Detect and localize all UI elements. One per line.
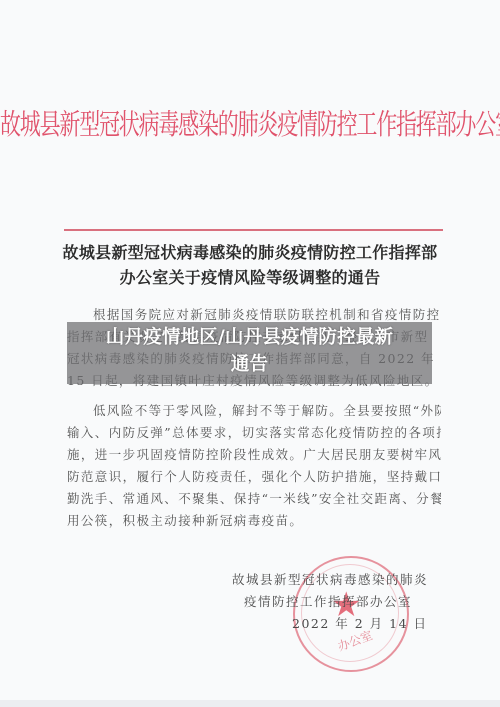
paragraph-line: 防范意识，履行个人防疫责任，强化个人防护措施，坚持戴口罩、 xyxy=(67,466,441,488)
signature-line-2: 疫情防控工作指挥部办公室 xyxy=(232,591,428,613)
article-title-overlay: 山丹疫情地区/山丹县疫情防控最新 通告 xyxy=(67,324,432,378)
overlay-title-line-2: 通告 xyxy=(67,351,432,378)
paragraph-line: 施，进一步巩固疫情防控阶段性成效。广大居民朋友要树牢风险 xyxy=(67,444,441,466)
paragraph-2: 低风险不等于零风险，解封不等于解防。全县要按照“外防 输入、内防反弹”总体要求，… xyxy=(67,400,441,532)
overlay-title-line-1: 山丹疫情地区/山丹县疫情防控最新 xyxy=(67,324,432,351)
issuer-red-header: 故城县新型冠状病毒感染的肺炎疫情防控工作指挥部办公室 xyxy=(0,103,500,144)
notice-title-line-1: 故城县新型冠状病毒感染的肺炎疫情防控工作指挥部 xyxy=(0,240,500,265)
red-divider-line xyxy=(64,229,443,231)
notice-title-line-2: 办公室关于疫情风险等级调整的通告 xyxy=(0,265,500,290)
notice-title: 故城县新型冠状病毒感染的肺炎疫情防控工作指挥部 办公室关于疫情风险等级调整的通告 xyxy=(0,240,500,290)
paragraph-line: 低风险不等于零风险，解封不等于解防。全县要按照“外防 xyxy=(67,400,441,422)
paragraph-line: 勤洗手、常通风、不聚集、保持“一米线”安全社交距离、分餐制、 xyxy=(67,488,441,510)
paragraph-line: 输入、内防反弹”总体要求，切实落实常态化疫情防控的各项措 xyxy=(67,422,441,444)
bottom-edge xyxy=(0,700,500,707)
signature-date: 2022 年 2 月 14 日 xyxy=(232,613,428,635)
signature-line-1: 故城县新型冠状病毒感染的肺炎 xyxy=(232,569,428,591)
signature-block: 故城县新型冠状病毒感染的肺炎 疫情防控工作指挥部办公室 2022 年 2 月 1… xyxy=(232,569,428,635)
paragraph-line: 用公筷，积极主动接种新冠病毒疫苗。 xyxy=(67,510,441,532)
